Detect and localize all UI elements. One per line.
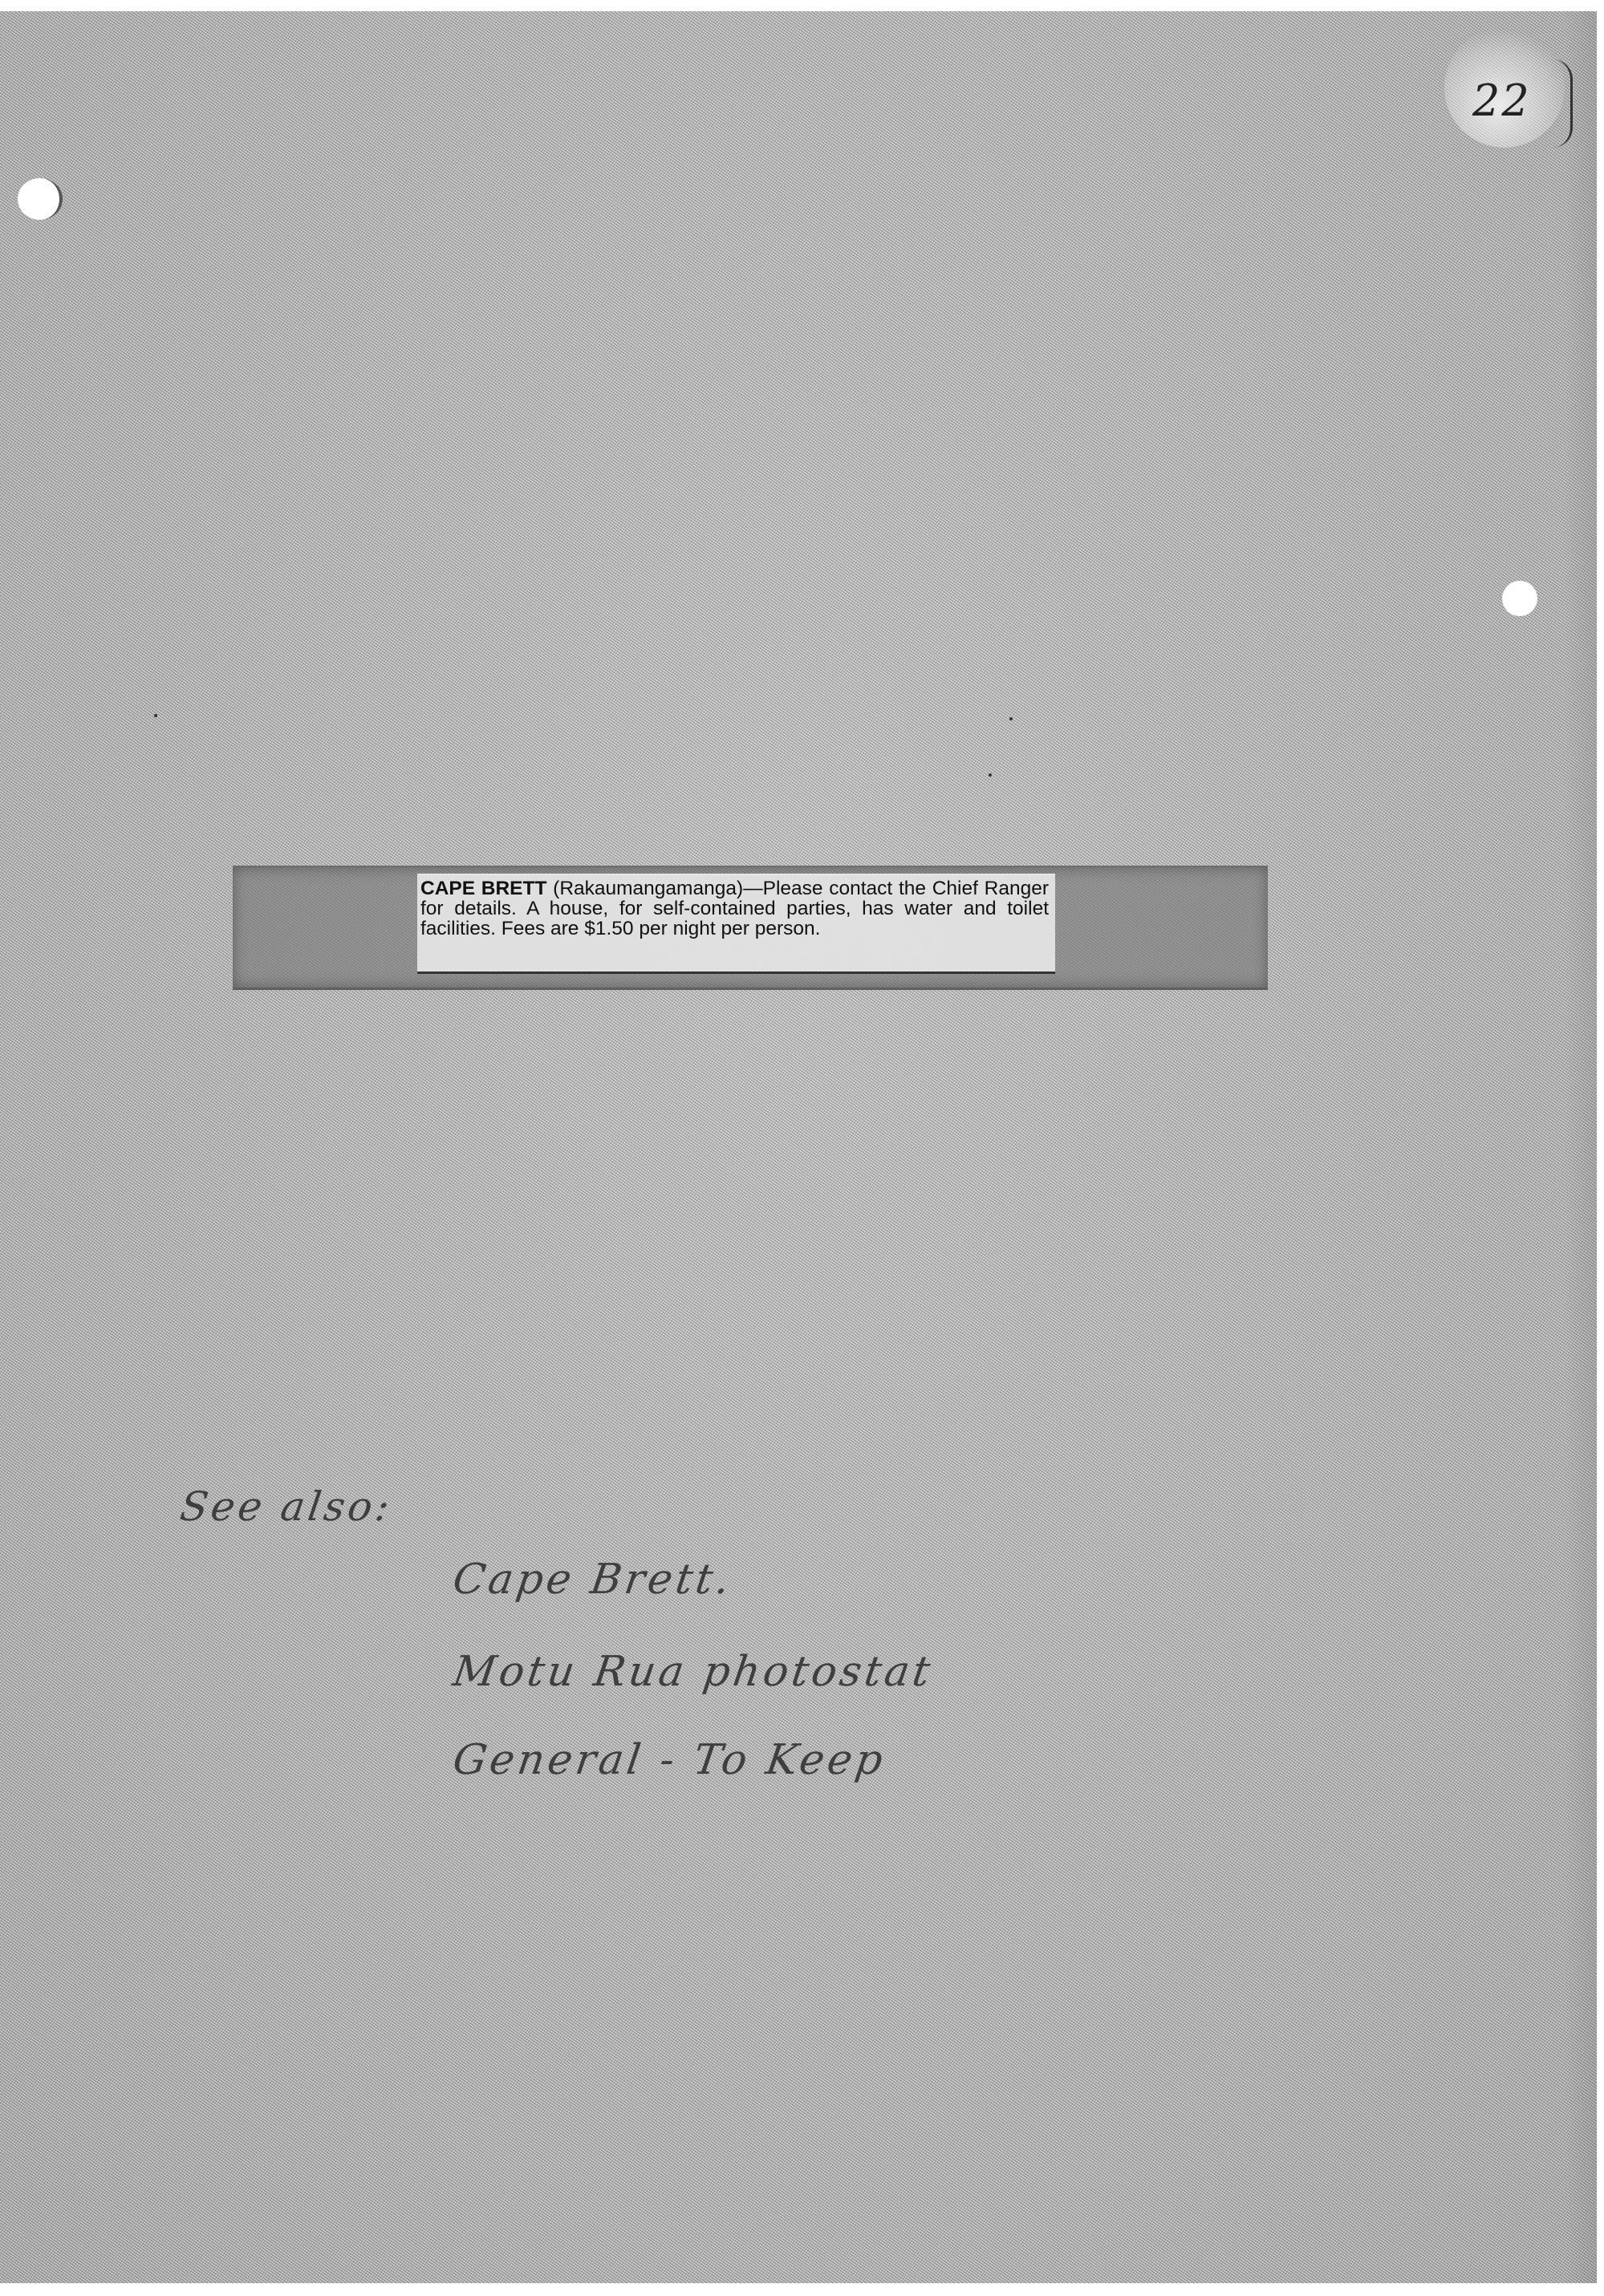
page-number-bracket	[1553, 59, 1573, 148]
punch-hole-left	[18, 178, 63, 220]
reference-motu-rua: Motu Rua photostat	[450, 1648, 936, 1696]
scanned-page: 22 CAPE BRETT (Rakaumangamanga)—Please c…	[0, 11, 1597, 2283]
reference-general: General - To Keep	[450, 1736, 889, 1784]
speck	[1009, 717, 1013, 720]
reference-cape-brett: Cape Brett.	[450, 1556, 736, 1604]
page-number: 22	[1472, 75, 1561, 126]
speck	[154, 714, 157, 717]
newspaper-clipping: CAPE BRETT (Rakaumangamanga)—Please cont…	[417, 874, 1055, 974]
clipping-heading: CAPE BRETT	[420, 878, 546, 899]
clipping-text: CAPE BRETT (Rakaumangamanga)—Please cont…	[417, 878, 1049, 939]
see-also-label: See also:	[177, 1483, 396, 1530]
punch-hole-right	[1502, 581, 1537, 616]
speck	[989, 773, 992, 777]
